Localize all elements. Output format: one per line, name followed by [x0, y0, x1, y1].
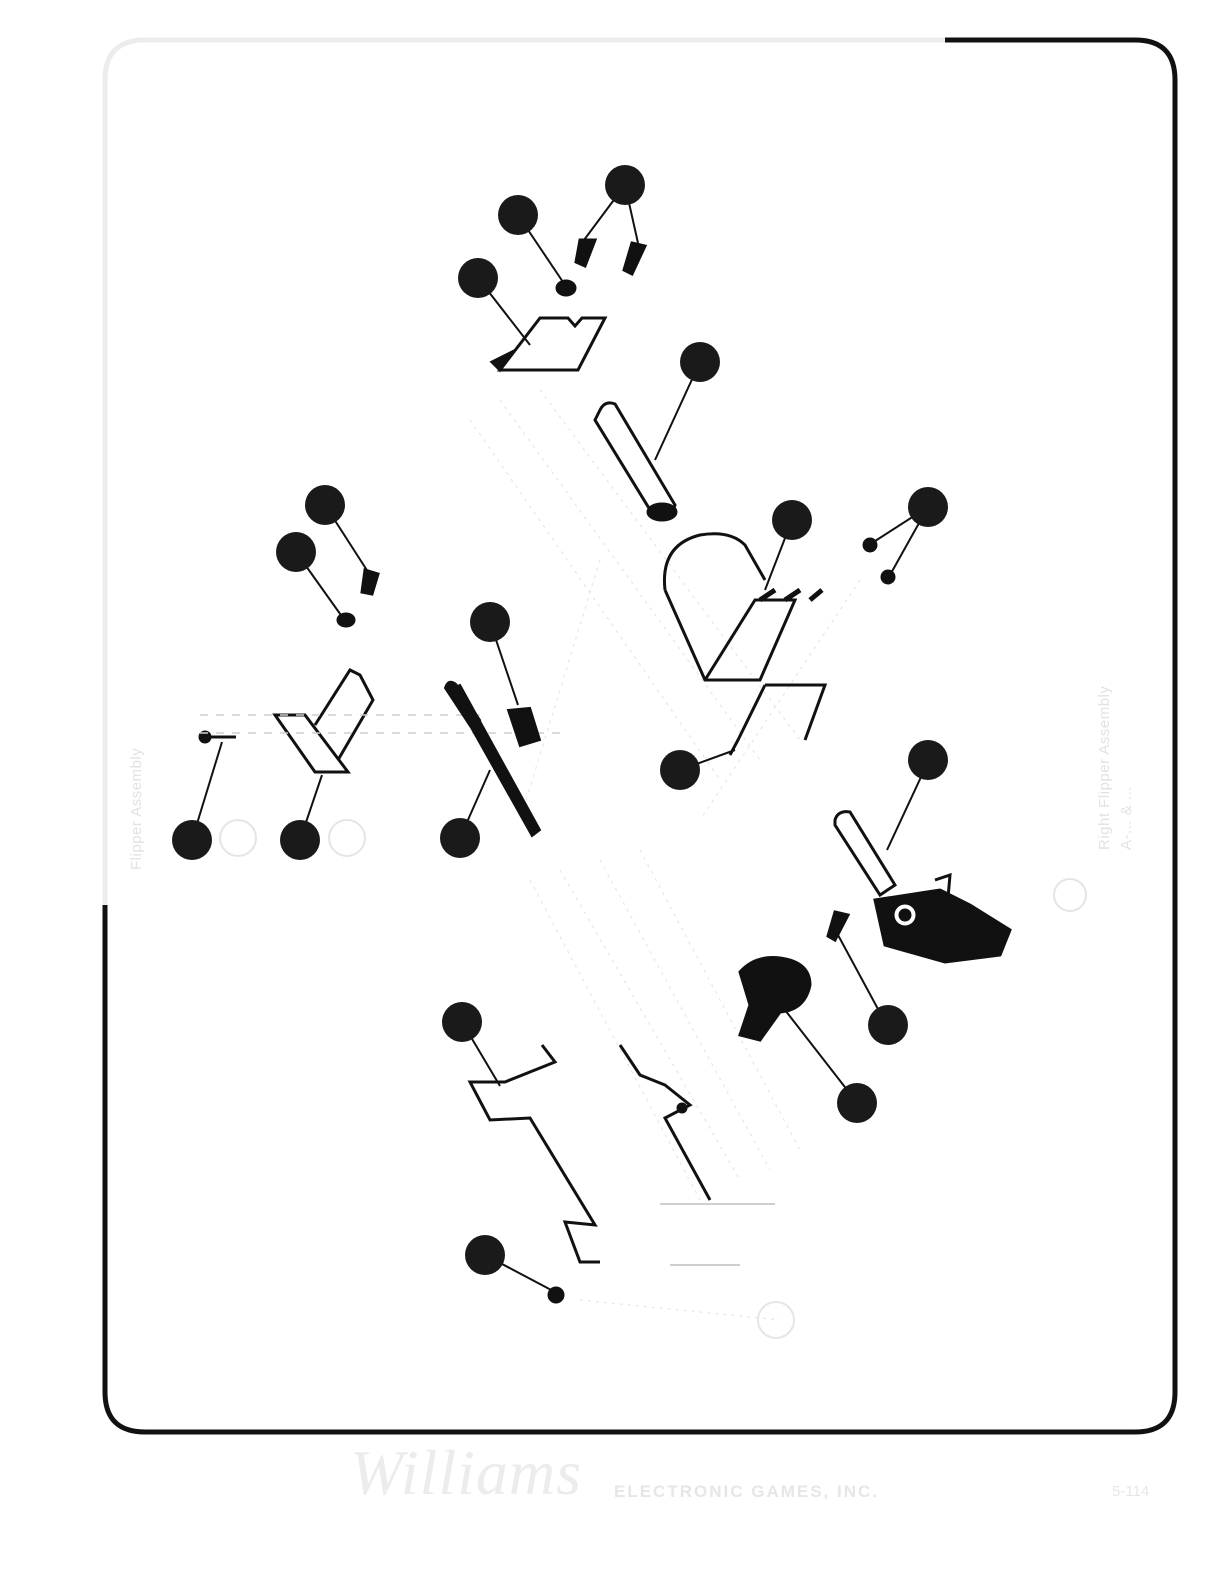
base-plate-group — [462, 1022, 775, 1302]
flipper-link-group — [445, 622, 540, 838]
page-number: 5-114 — [1112, 1483, 1149, 1500]
left-side-caption: Flipper Assembly — [128, 748, 145, 870]
callout-circles — [172, 165, 948, 1275]
right-caption-line1: Right Flipper Assembly — [1094, 686, 1116, 850]
flipper-crank-group — [740, 762, 1010, 1100]
switch-bracket-group — [192, 505, 560, 840]
right-side-caption: Right Flipper Assembly A-... & ... — [1094, 686, 1138, 850]
footer-company-name: ELECTRONIC GAMES, INC. — [614, 1482, 879, 1502]
exploded-parts-diagram — [0, 0, 1227, 1586]
right-caption-line2: A-... & ... — [1116, 686, 1138, 850]
footer-brand-logo: Williams — [350, 1436, 582, 1510]
coil-plunger-group — [595, 362, 928, 770]
left-caption-text: Flipper Assembly — [128, 748, 145, 870]
